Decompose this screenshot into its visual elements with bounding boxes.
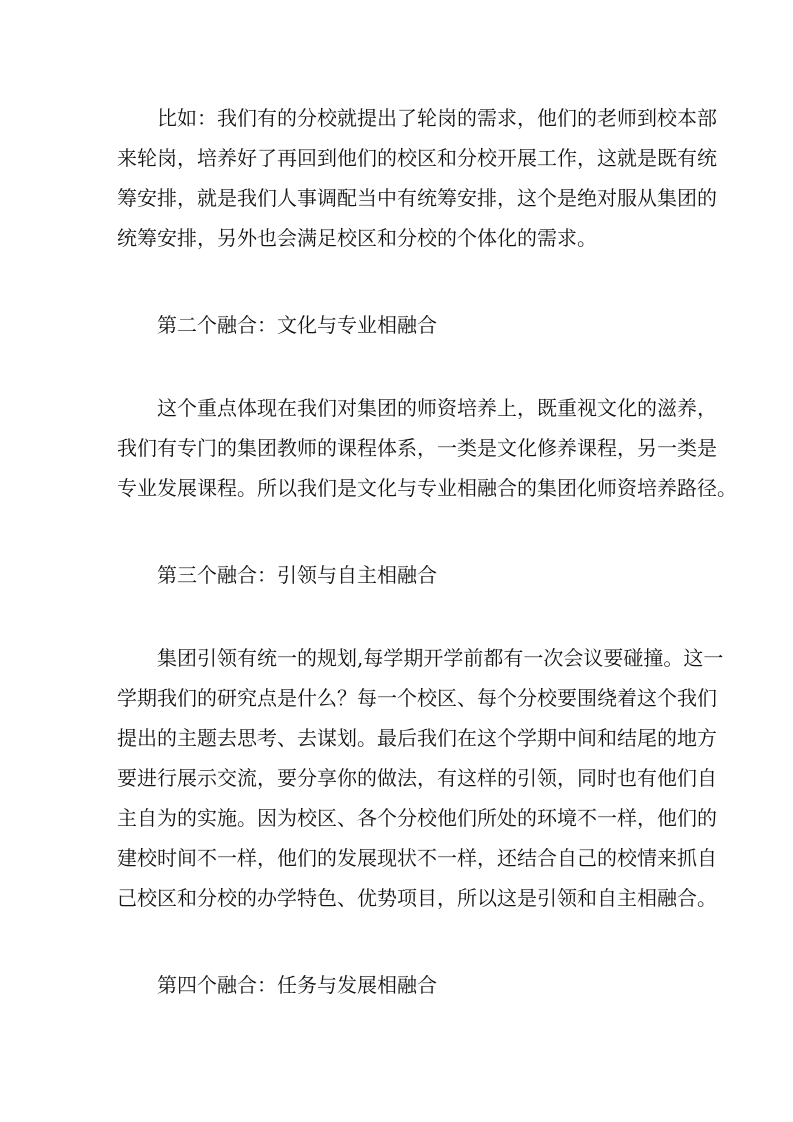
document-page: 比如：我们有的分校就提出了轮岗的需求，他们的老师到校本部 来轮岗，培养好了再回到… bbox=[117, 98, 677, 1005]
paragraph-spacer bbox=[117, 345, 677, 388]
text-line: 学期我们的研究点是什么？每一个校区、每个分校要围绕着这个我们 bbox=[117, 678, 677, 718]
text-line: 我们有专门的集团教师的课程体系，一类是文化修养课程，另一类是 bbox=[117, 428, 677, 468]
text-line: 建校时间不一样，他们的发展现状不一样，还结合自己的校情来抓自 bbox=[117, 838, 677, 878]
text-line: 要进行展示交流，要分享你的做法，有这样的引领，同时也有他们自 bbox=[117, 758, 677, 798]
text-line: 来轮岗，培养好了再回到他们的校区和分校开展工作，这就是既有统 bbox=[117, 138, 677, 178]
paragraph-spacer bbox=[117, 918, 677, 965]
section-heading-2: 第二个融合：文化与专业相融合 bbox=[117, 305, 677, 345]
heading-text: 第二个融合：文化与专业相融合 bbox=[117, 305, 677, 345]
paragraph-spacer bbox=[117, 508, 677, 555]
paragraph-culture-profession: 这个重点体现在我们对集团的师资培养上，既重视文化的滋养， 我们有专门的集团教师的… bbox=[117, 388, 677, 508]
text-line: 这个重点体现在我们对集团的师资培养上，既重视文化的滋养， bbox=[117, 388, 677, 428]
section-heading-3: 第三个融合：引领与自主相融合 bbox=[117, 555, 677, 595]
text-line: 集团引领有统一的规划,每学期开学前都有一次会议要碰撞。这一 bbox=[117, 638, 677, 678]
text-line: 筹安排，就是我们人事调配当中有统筹安排，这个是绝对服从集团的 bbox=[117, 178, 677, 218]
heading-text: 第四个融合：任务与发展相融合 bbox=[117, 965, 677, 1005]
text-line: 主自为的实施。因为校区、各个分校他们所处的环境不一样，他们的 bbox=[117, 798, 677, 838]
text-line: 提出的主题去思考、去谋划。最后我们在这个学期中间和结尾的地方 bbox=[117, 718, 677, 758]
heading-text: 第三个融合：引领与自主相融合 bbox=[117, 555, 677, 595]
text-line: 己校区和分校的办学特色、优势项目，所以这是引领和自主相融合。 bbox=[117, 878, 677, 918]
text-line: 比如：我们有的分校就提出了轮岗的需求，他们的老师到校本部 bbox=[117, 98, 677, 138]
text-line: 统筹安排，另外也会满足校区和分校的个体化的需求。 bbox=[117, 218, 677, 258]
text-line: 专业发展课程。所以我们是文化与专业相融合的集团化师资培养路径。 bbox=[117, 468, 677, 508]
paragraph-rotation-example: 比如：我们有的分校就提出了轮岗的需求，他们的老师到校本部 来轮岗，培养好了再回到… bbox=[117, 98, 677, 258]
paragraph-guidance-autonomy: 集团引领有统一的规划,每学期开学前都有一次会议要碰撞。这一 学期我们的研究点是什… bbox=[117, 638, 677, 918]
section-heading-4: 第四个融合：任务与发展相融合 bbox=[117, 965, 677, 1005]
paragraph-spacer bbox=[117, 595, 677, 638]
paragraph-spacer bbox=[117, 258, 677, 305]
